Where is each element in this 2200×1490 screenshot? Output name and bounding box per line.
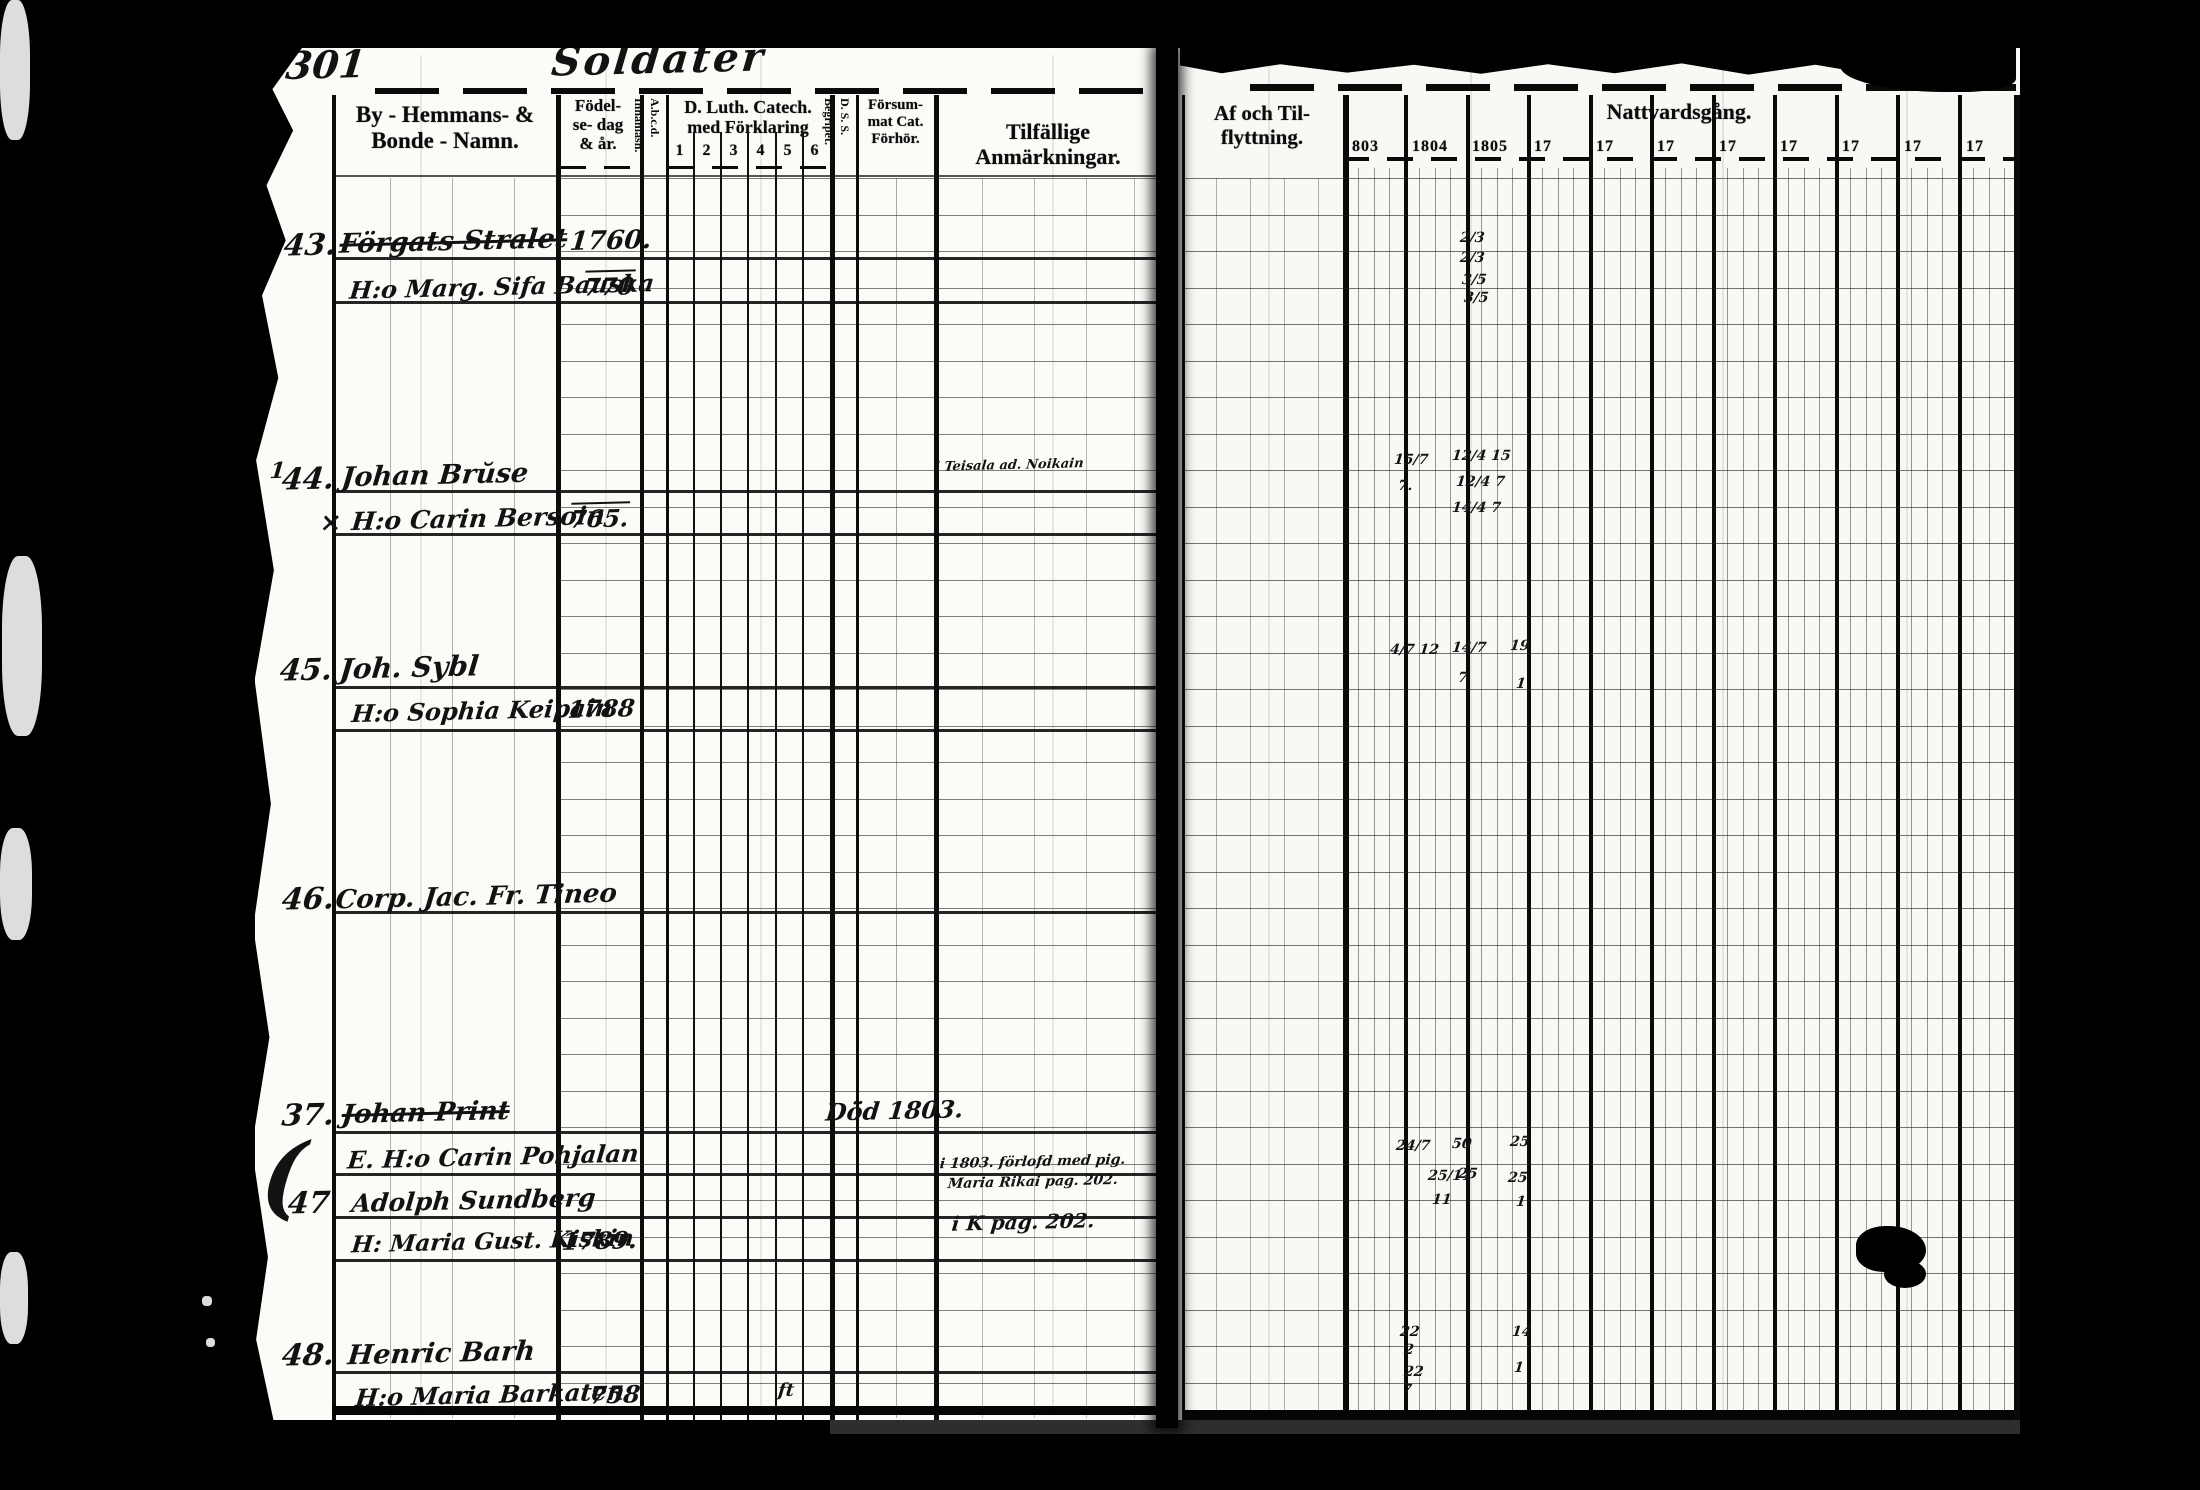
grid-line-vertical <box>1973 168 1974 1420</box>
communion-mark: 7 <box>1457 670 1468 686</box>
margin-mark: × <box>318 508 343 539</box>
grid-line-vertical <box>1942 168 1943 1420</box>
grid-line-horizontal <box>556 397 1156 398</box>
grid-line-horizontal <box>1184 1200 2014 1201</box>
grid-line-vertical <box>1589 95 1593 1433</box>
grid-line-vertical <box>1052 55 1054 1415</box>
right-page <box>1172 48 2020 1424</box>
communion-mark: 25 <box>1509 1134 1530 1150</box>
grid-line-horizontal <box>556 324 1156 325</box>
grid-line-vertical <box>420 55 422 1415</box>
communion-mark: 14 <box>1511 1324 1532 1340</box>
film-scratch <box>0 1252 28 1344</box>
grid-line-horizontal <box>556 1383 1156 1384</box>
grid-line-horizontal <box>1184 1310 2014 1311</box>
grid-line-horizontal <box>1184 616 2014 617</box>
grid-line-vertical <box>1450 168 1451 1420</box>
grid-line-horizontal <box>1184 397 2014 398</box>
grid-line-horizontal <box>1184 324 2014 325</box>
grid-line-vertical <box>1835 95 1839 1433</box>
grid-line-horizontal <box>1184 251 2014 252</box>
grid-line-vertical <box>1665 168 1666 1420</box>
grid-line-horizontal <box>556 1018 1156 1019</box>
grid-line-horizontal <box>1184 1164 2014 1165</box>
grid-line-horizontal <box>556 799 1156 800</box>
grid-line-vertical <box>1470 55 1472 1415</box>
grid-line-vertical <box>1419 168 1420 1420</box>
entry-spouse-birth-year: 1788 <box>566 693 636 724</box>
grid-line-horizontal <box>1184 835 2014 836</box>
grid-line-vertical <box>1558 168 1559 1420</box>
grid-line-vertical <box>1527 95 1531 1433</box>
grid-line-horizontal <box>1184 1018 2014 1019</box>
grid-line-vertical <box>1758 168 1759 1420</box>
grid-line-horizontal <box>556 178 1156 179</box>
grid-line-vertical <box>830 95 835 1420</box>
entry-spouse-birth-year: 765. <box>568 503 629 533</box>
communion-mark: 15/7 <box>1393 452 1429 468</box>
communion-mark: 1 <box>1513 1360 1524 1376</box>
catechism-grade-label: 1 <box>666 142 693 160</box>
grid-line-vertical <box>1374 168 1375 1420</box>
entry-row-number: 48. <box>280 1337 336 1373</box>
entry-name: Joh. Sybl <box>338 649 480 685</box>
communion-mark: 3/5 <box>1463 290 1489 306</box>
column-header-forsummat: Försum- mat Cat. Förhör. <box>857 97 934 147</box>
grid-line-horizontal <box>1184 543 2014 544</box>
entry-birth-year: 1760. <box>568 225 653 257</box>
margin-mark: ft <box>777 1380 795 1401</box>
grid-line-vertical <box>720 132 722 1420</box>
film-edge-bottom-left <box>0 1420 840 1490</box>
catechism-grade-label: 3 <box>720 142 747 160</box>
grid-line-horizontal <box>556 726 1156 727</box>
grid-line-vertical <box>1389 168 1390 1420</box>
grid-line-horizontal <box>1184 1054 2014 1055</box>
film-edge-top <box>0 0 2200 48</box>
communion-mark: 14/4 7 <box>1451 500 1502 516</box>
grid-line-vertical <box>1819 168 1820 1420</box>
grid-line-horizontal <box>332 729 1156 732</box>
grid-line-vertical <box>1681 168 1682 1420</box>
grid-line-vertical <box>934 95 939 1420</box>
grid-line-horizontal <box>556 835 1156 836</box>
grid-line-horizontal <box>1184 799 2014 800</box>
grid-line-horizontal <box>1184 215 2014 216</box>
grid-line-vertical <box>1573 168 1574 1420</box>
grid-line-vertical <box>1727 168 1728 1420</box>
grid-line-horizontal <box>556 981 1156 982</box>
communion-mark: 4/7 12 <box>1389 642 1440 658</box>
communion-mark: 12/4 15 <box>1451 448 1511 464</box>
communion-mark: 2/3 <box>1459 230 1485 246</box>
page-gutter <box>1156 48 1178 1428</box>
communion-mark: 7. <box>1397 478 1413 494</box>
grid-line-vertical <box>1906 55 1908 1415</box>
grid-line-vertical <box>802 132 804 1420</box>
year-underline-rule <box>1343 157 2015 161</box>
entry-name: Förgats Stralet <box>338 223 569 260</box>
grid-line-horizontal <box>332 257 1156 260</box>
column-header-nattvardsgang: Nattvardsgång. <box>1343 100 2015 125</box>
entry-row-number: 44. <box>280 461 336 497</box>
grid-line-horizontal <box>556 616 1156 617</box>
grid-line-vertical <box>775 132 777 1420</box>
grid-line-vertical <box>1620 168 1621 1420</box>
grid-line-horizontal <box>332 175 1156 177</box>
grid-line-vertical <box>1542 168 1543 1420</box>
grid-line-vertical <box>1497 168 1498 1420</box>
grid-line-horizontal <box>556 361 1156 362</box>
grid-line-horizontal <box>1184 178 2014 179</box>
grid-line-vertical <box>2004 168 2005 1420</box>
grid-line-horizontal <box>556 1091 1156 1092</box>
communion-mark: 25 <box>1457 1166 1478 1182</box>
communion-mark: 7 <box>1401 1382 1412 1398</box>
grid-line-horizontal <box>1184 434 2014 435</box>
grid-line-horizontal <box>1184 507 2014 508</box>
year-label: 17 <box>1780 138 1798 156</box>
grid-line-vertical <box>1650 95 1654 1433</box>
grid-line-horizontal <box>1184 1127 2014 1128</box>
grid-line-horizontal <box>556 1127 1156 1128</box>
grid-line-horizontal <box>1184 1346 2014 1347</box>
grid-line-horizontal <box>1184 580 2014 581</box>
entry-row-number: 43. <box>282 227 338 263</box>
grid-line-horizontal <box>1184 1383 2014 1384</box>
grid-line-vertical <box>1404 95 1408 1433</box>
communion-mark: 12/4 7 <box>1455 474 1506 490</box>
grid-line-vertical <box>1722 55 1724 1415</box>
grid-line-vertical <box>1850 168 1851 1420</box>
grid-line-horizontal <box>1184 908 2014 909</box>
year-label: 1804 <box>1412 138 1448 156</box>
grid-line-vertical <box>1635 168 1636 1420</box>
grid-line-horizontal <box>556 1054 1156 1055</box>
grid-line-horizontal <box>556 689 1156 690</box>
year-label: 17 <box>1534 138 1552 156</box>
column-header-name: By - Hemmans- & Bonde - Namn. <box>338 102 552 154</box>
film-edge-left <box>0 0 232 1490</box>
column-header-dss: D. S. S. <box>837 98 852 135</box>
grid-line-horizontal <box>1184 981 2014 982</box>
grid-line-vertical <box>1343 95 1349 1433</box>
margin-mark: 1 <box>269 458 287 484</box>
film-scratch <box>206 1338 215 1347</box>
grid-line-horizontal <box>556 1273 1156 1274</box>
entry-name: Henric Barh <box>346 1336 536 1372</box>
grid-line-vertical <box>1804 168 1805 1420</box>
entry-name: Johan Print <box>340 1096 511 1130</box>
film-edge-right <box>2060 0 2200 1490</box>
catechism-grade-label: 6 <box>801 142 828 160</box>
grid-line-vertical <box>1435 168 1436 1420</box>
grid-line-horizontal <box>1184 762 2014 763</box>
birth-underline-rule <box>560 166 636 169</box>
column-header-birth: Födel- se- dag & år. <box>558 96 638 153</box>
grid-line-horizontal <box>1184 1091 2014 1092</box>
communion-mark: 19 <box>1509 638 1530 654</box>
grid-line-horizontal <box>556 434 1156 435</box>
communion-mark: 24/7 <box>1395 1138 1431 1154</box>
communion-mark: 1 <box>1515 676 1526 692</box>
year-label: 17 <box>1596 138 1614 156</box>
year-label: 17 <box>1657 138 1675 156</box>
grid-line-vertical <box>666 95 669 1420</box>
grid-line-horizontal <box>556 543 1156 544</box>
entry-name: Johan Brŭse <box>340 458 530 494</box>
year-label: 17 <box>1966 138 1984 156</box>
grid-line-horizontal <box>1184 470 2014 471</box>
grid-line-vertical <box>1268 55 1270 1415</box>
grid-line-vertical <box>1743 168 1744 1420</box>
grid-line-horizontal <box>332 1371 1156 1374</box>
grid-line-horizontal <box>1184 288 2014 289</box>
entry-spouse-birth-year: 758 <box>589 1379 642 1409</box>
communion-mark: 3/5 <box>1461 272 1487 288</box>
column-header-flyttning: Af och Til- flyttning. <box>1184 102 1340 149</box>
scan-noise-strip <box>830 1420 2020 1434</box>
column-header-reading-abcd: A.b.c.d. <box>647 98 662 137</box>
grid-line-horizontal <box>556 1346 1156 1347</box>
grid-line-vertical <box>1696 168 1697 1420</box>
ink-blot <box>1884 1260 1926 1288</box>
grid-line-horizontal <box>556 872 1156 873</box>
grid-line-vertical <box>1773 95 1777 1433</box>
grid-line-vertical <box>605 55 607 1415</box>
grid-line-vertical <box>1604 168 1605 1420</box>
grid-line-horizontal <box>556 908 1156 909</box>
grid-line-horizontal <box>556 1200 1156 1201</box>
grid-line-horizontal <box>332 686 1156 689</box>
communion-mark: 22 <box>1399 1324 1420 1340</box>
grid-line-horizontal <box>556 945 1156 946</box>
grid-line-vertical <box>1358 168 1359 1420</box>
grid-line-vertical <box>1481 168 1482 1420</box>
catechism-grade-label: 2 <box>693 142 720 160</box>
entry-row-number: 46. <box>280 881 336 917</box>
grid-line-horizontal <box>1184 689 2014 690</box>
film-scratch <box>0 828 32 940</box>
communion-mark: 1 <box>1515 1194 1526 1210</box>
grid-line-horizontal <box>1184 945 2014 946</box>
film-edge-bottom-right <box>830 1434 2200 1490</box>
grid-line-horizontal <box>556 653 1156 654</box>
grid-line-vertical <box>1989 168 1990 1420</box>
grid-line-vertical <box>760 55 762 1415</box>
grid-line-vertical <box>1788 168 1789 1420</box>
entry-row-number: 45. <box>278 652 334 688</box>
communion-mark: 22 <box>1403 1364 1424 1380</box>
grid-line-horizontal <box>1184 726 2014 727</box>
entry-name: Adolph Sundberg <box>350 1183 597 1218</box>
grid-line-horizontal <box>1184 653 2014 654</box>
communion-mark: 2/3 <box>1459 250 1485 266</box>
year-label: 803 <box>1352 138 1379 156</box>
column-header-anmarkningar: Tilfällige Anmärkningar. <box>936 120 1160 169</box>
scanned-ledger-page: 301 Soldater By - Hemmans- & Bonde - Nam… <box>0 0 2200 1490</box>
film-scratch <box>0 0 30 140</box>
communion-mark: 25 <box>1507 1170 1528 1186</box>
grid-line-vertical <box>856 95 859 1420</box>
grid-line-horizontal <box>1184 872 2014 873</box>
grid-line-vertical <box>2014 95 2020 1433</box>
year-label: 17 <box>1842 138 1860 156</box>
grid-line-vertical <box>1182 95 1185 1425</box>
grid-line-horizontal <box>556 1237 1156 1238</box>
grid-line-horizontal <box>556 215 1156 216</box>
grid-line-vertical <box>1958 95 1962 1433</box>
catechism-grade-label: 5 <box>774 142 801 160</box>
annotation: i K pag. 202. <box>951 1208 1096 1235</box>
grid-line-vertical <box>1712 95 1716 1433</box>
grid-line-vertical <box>332 95 336 1420</box>
film-scratch <box>202 1296 212 1306</box>
grid-line-vertical <box>747 132 749 1420</box>
film-scratch <box>2 556 42 736</box>
grid-line-horizontal <box>556 762 1156 763</box>
grade-underline-rule <box>668 166 828 169</box>
grid-line-horizontal <box>332 1131 1156 1134</box>
communion-mark: 2 <box>1403 1342 1414 1358</box>
grid-line-vertical <box>1927 168 1928 1420</box>
grid-line-horizontal <box>1184 361 2014 362</box>
year-label: 1805 <box>1472 138 1508 156</box>
grid-line-vertical <box>693 132 695 1420</box>
grid-line-horizontal <box>556 580 1156 581</box>
communion-mark: 11 <box>1431 1192 1452 1208</box>
annotation: Död 1803. <box>824 1094 964 1126</box>
grid-line-horizontal <box>556 1310 1156 1311</box>
grid-line-vertical <box>1512 168 1513 1420</box>
header-rule-left <box>375 88 1160 94</box>
entry-spouse-birth-year: 770 <box>583 271 636 301</box>
grid-line-horizontal <box>332 1259 1156 1262</box>
entry-spouse-birth-year: 1789. <box>560 1225 638 1256</box>
grid-line-horizontal <box>556 507 1156 508</box>
